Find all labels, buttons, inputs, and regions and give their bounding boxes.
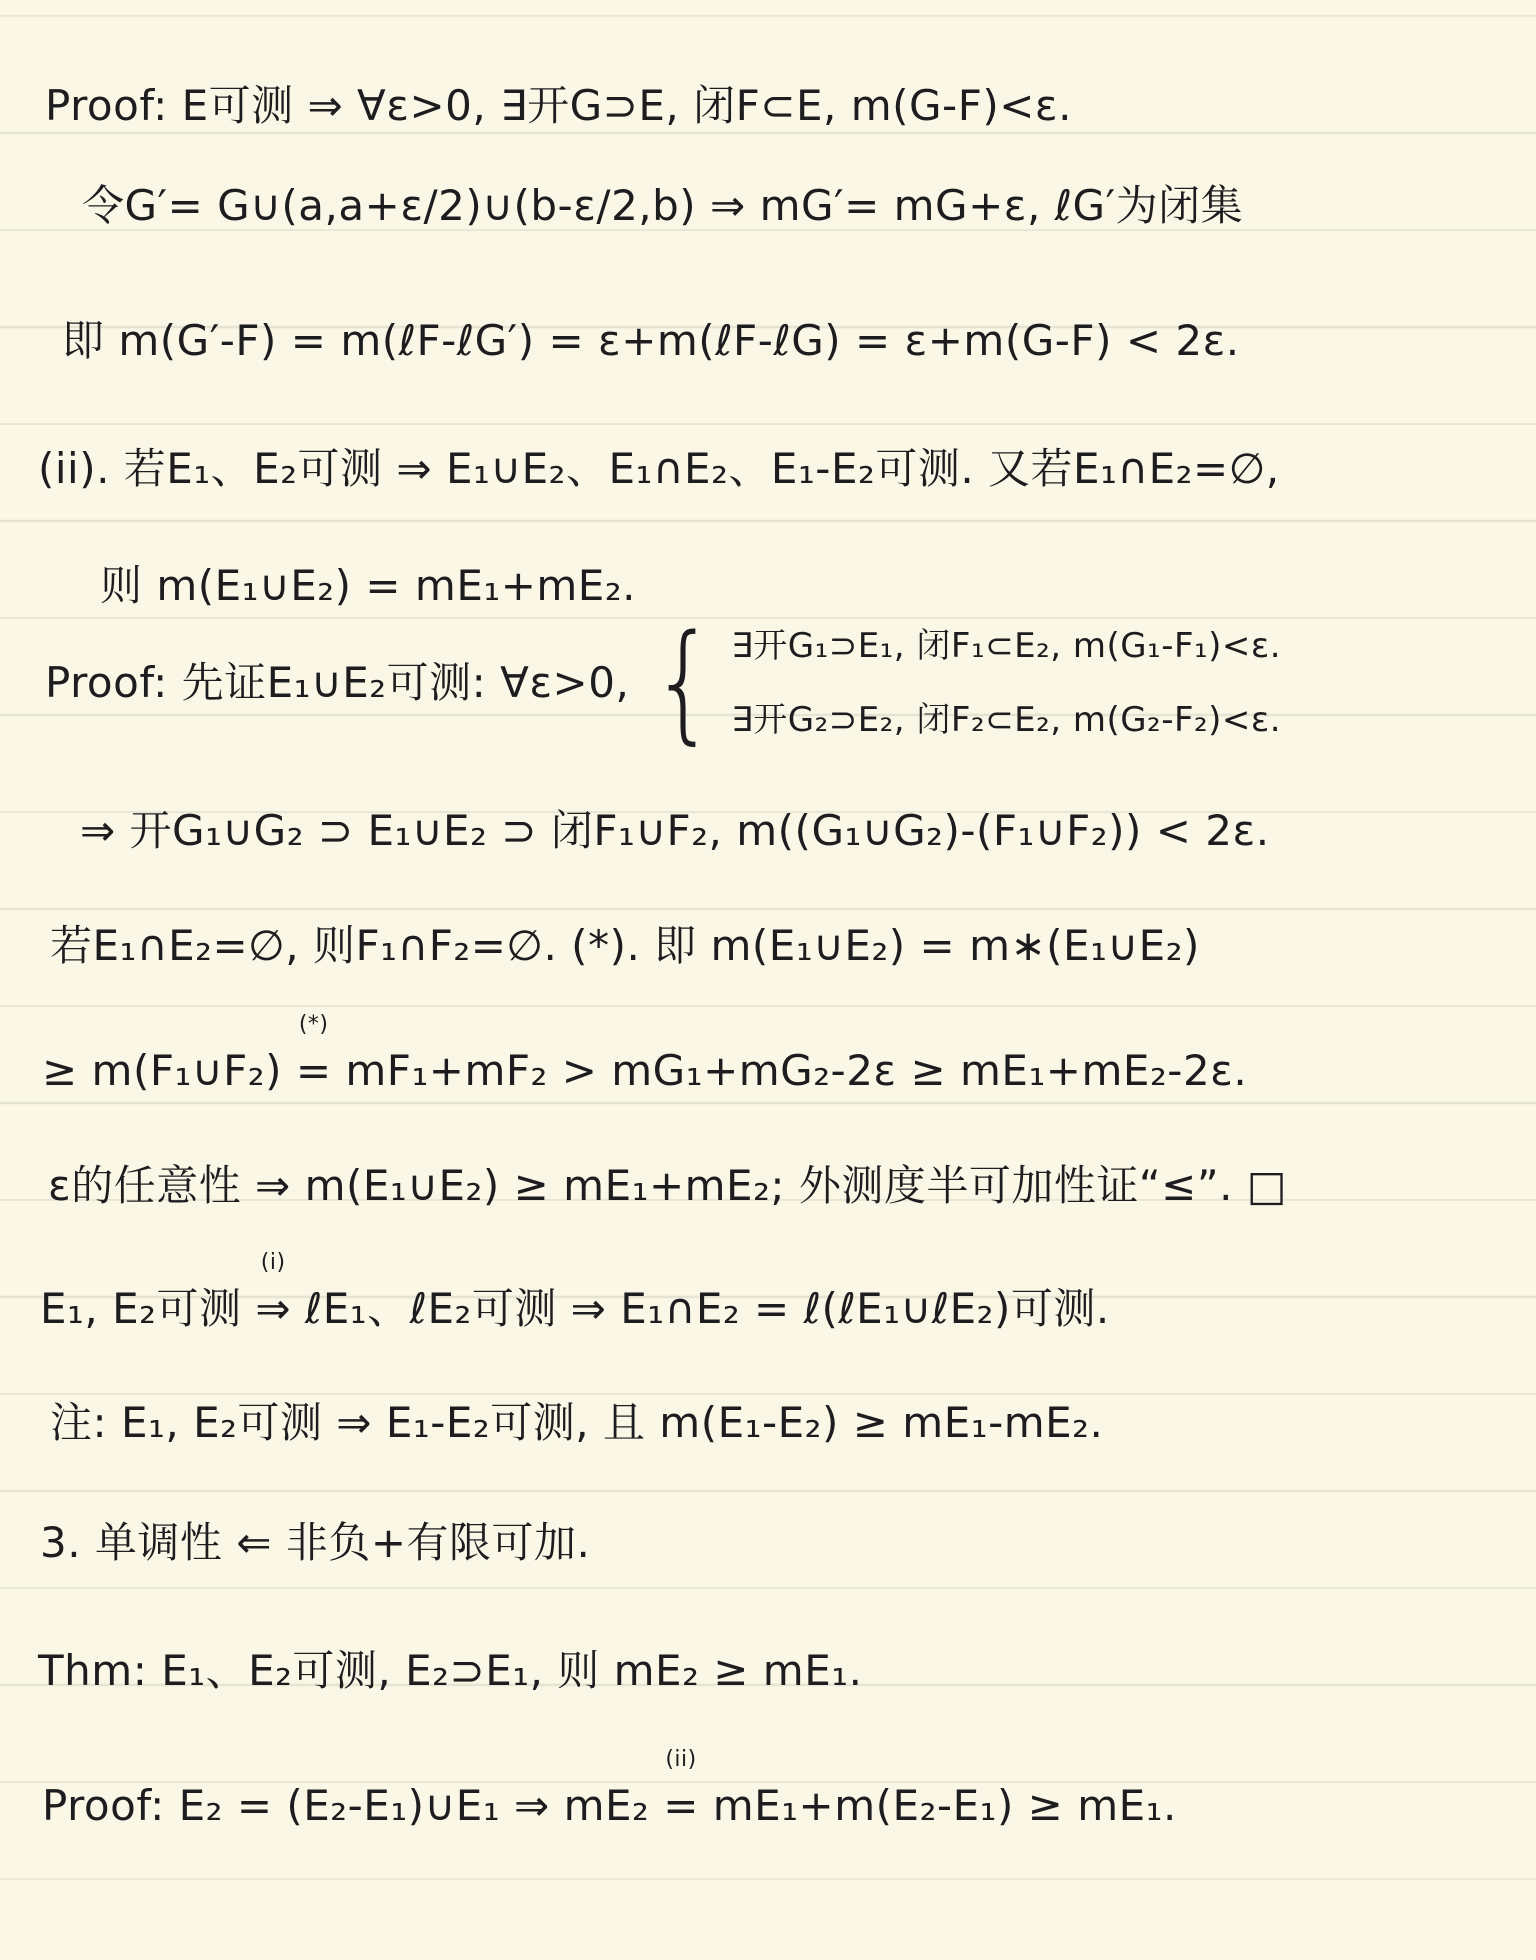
note-line-3: 即 m(G′-F) = m(ℓF-ℓG′) = ε+m(ℓF-ℓG) = ε+m…	[62, 310, 1240, 372]
note-line-7: ⇒ 开G₁∪G₂ ⊃ E₁∪E₂ ⊃ 闭F₁∪F₂, m((G₁∪G₂)-(F₁…	[80, 800, 1270, 862]
annotated-equals-star: (*)=	[296, 1040, 332, 1102]
note-line-13: 3. 单调性 ⇐ 非负+有限可加.	[40, 1512, 590, 1574]
star-annotation: (*)	[299, 1014, 329, 1036]
ii-annotation: (ii)	[665, 1749, 696, 1771]
note-line-14: Thm: E₁、E₂可测, E₂⊃E₁, 则 mE₂ ≥ mE₁.	[38, 1640, 862, 1702]
case-line-1: ∃开G₁⊃E₁, 闭F₁⊂E₂, m(G₁-F₁)<ε.	[731, 609, 1281, 683]
line-11-post: ℓE₁、ℓE₂可测 ⇒ E₁∩E₂ = ℓ(ℓE₁∪ℓE₂)可测.	[291, 1284, 1110, 1333]
note-line-6-proof-with-cases: Proof: 先证E₁∪E₂可测: ∀ε>0, { ∃开G₁⊃E₁, 闭F₁⊂E…	[45, 608, 1281, 758]
note-line-9: ≥ m(F₁∪F₂) (*)= mF₁+mF₂ > mG₁+mG₂-2ε ≥ m…	[42, 1040, 1247, 1102]
note-line-4: (ii). 若E₁、E₂可测 ⇒ E₁∪E₂、E₁∩E₂、E₁-E₂可测. 又若…	[38, 438, 1280, 500]
note-line-10: ε的任意性 ⇒ m(E₁∪E₂) ≥ mE₁+mE₂; 外测度半可加性证“≤”.…	[48, 1155, 1287, 1217]
proof-cases-intro: Proof: 先证E₁∪E₂可测: ∀ε>0,	[45, 652, 629, 714]
note-line-8: 若E₁∩E₂=∅, 则F₁∩F₂=∅. (*). 即 m(E₁∪E₂) = m∗…	[50, 915, 1200, 977]
ruled-notebook-page: Proof: E可测 ⇒ ∀ε>0, ∃开G⊃E, 闭F⊂E, m(G-F)<ε…	[0, 0, 1536, 1960]
line-11-pre: E₁, E₂可测	[40, 1284, 255, 1333]
line-15-pre: Proof: E₂ = (E₂-E₁)∪E₁ ⇒ mE₂	[42, 1781, 663, 1830]
i-annotation: (i)	[261, 1252, 286, 1274]
cases-brace: {	[652, 608, 718, 758]
line-9-pre: ≥ m(F₁∪F₂)	[42, 1046, 296, 1095]
equals-symbol: =	[296, 1046, 332, 1095]
line-15-post: mE₁+m(E₂-E₁) ≥ mE₁.	[699, 1781, 1177, 1830]
equals-symbol-2: =	[663, 1781, 699, 1830]
note-line-2: 令G′= G∪(a,a+ε/2)∪(b-ε/2,b) ⇒ mG′= mG+ε, …	[82, 175, 1243, 237]
implies-symbol: ⇒	[255, 1284, 291, 1333]
note-line-11: E₁, E₂可测 (i)⇒ ℓE₁、ℓE₂可测 ⇒ E₁∩E₂ = ℓ(ℓE₁∪…	[40, 1278, 1110, 1340]
note-line-15: Proof: E₂ = (E₂-E₁)∪E₁ ⇒ mE₂ (ii)= mE₁+m…	[42, 1775, 1177, 1837]
cases-stack: ∃开G₁⊃E₁, 闭F₁⊂E₂, m(G₁-F₁)<ε. ∃开G₂⊃E₂, 闭F…	[731, 609, 1281, 757]
line-9-post: mF₁+mF₂ > mG₁+mG₂-2ε ≥ mE₁+mE₂-2ε.	[332, 1046, 1248, 1095]
case-line-2: ∃开G₂⊃E₂, 闭F₂⊂E₂, m(G₂-F₂)<ε.	[731, 683, 1281, 757]
annotated-implies-i: (i)⇒	[255, 1278, 291, 1340]
note-line-12: 注: E₁, E₂可测 ⇒ E₁-E₂可测, 且 m(E₁-E₂) ≥ mE₁-…	[50, 1392, 1103, 1454]
note-line-1: Proof: E可测 ⇒ ∀ε>0, ∃开G⊃E, 闭F⊂E, m(G-F)<ε…	[45, 75, 1072, 137]
annotated-equals-ii: (ii)=	[663, 1775, 699, 1837]
